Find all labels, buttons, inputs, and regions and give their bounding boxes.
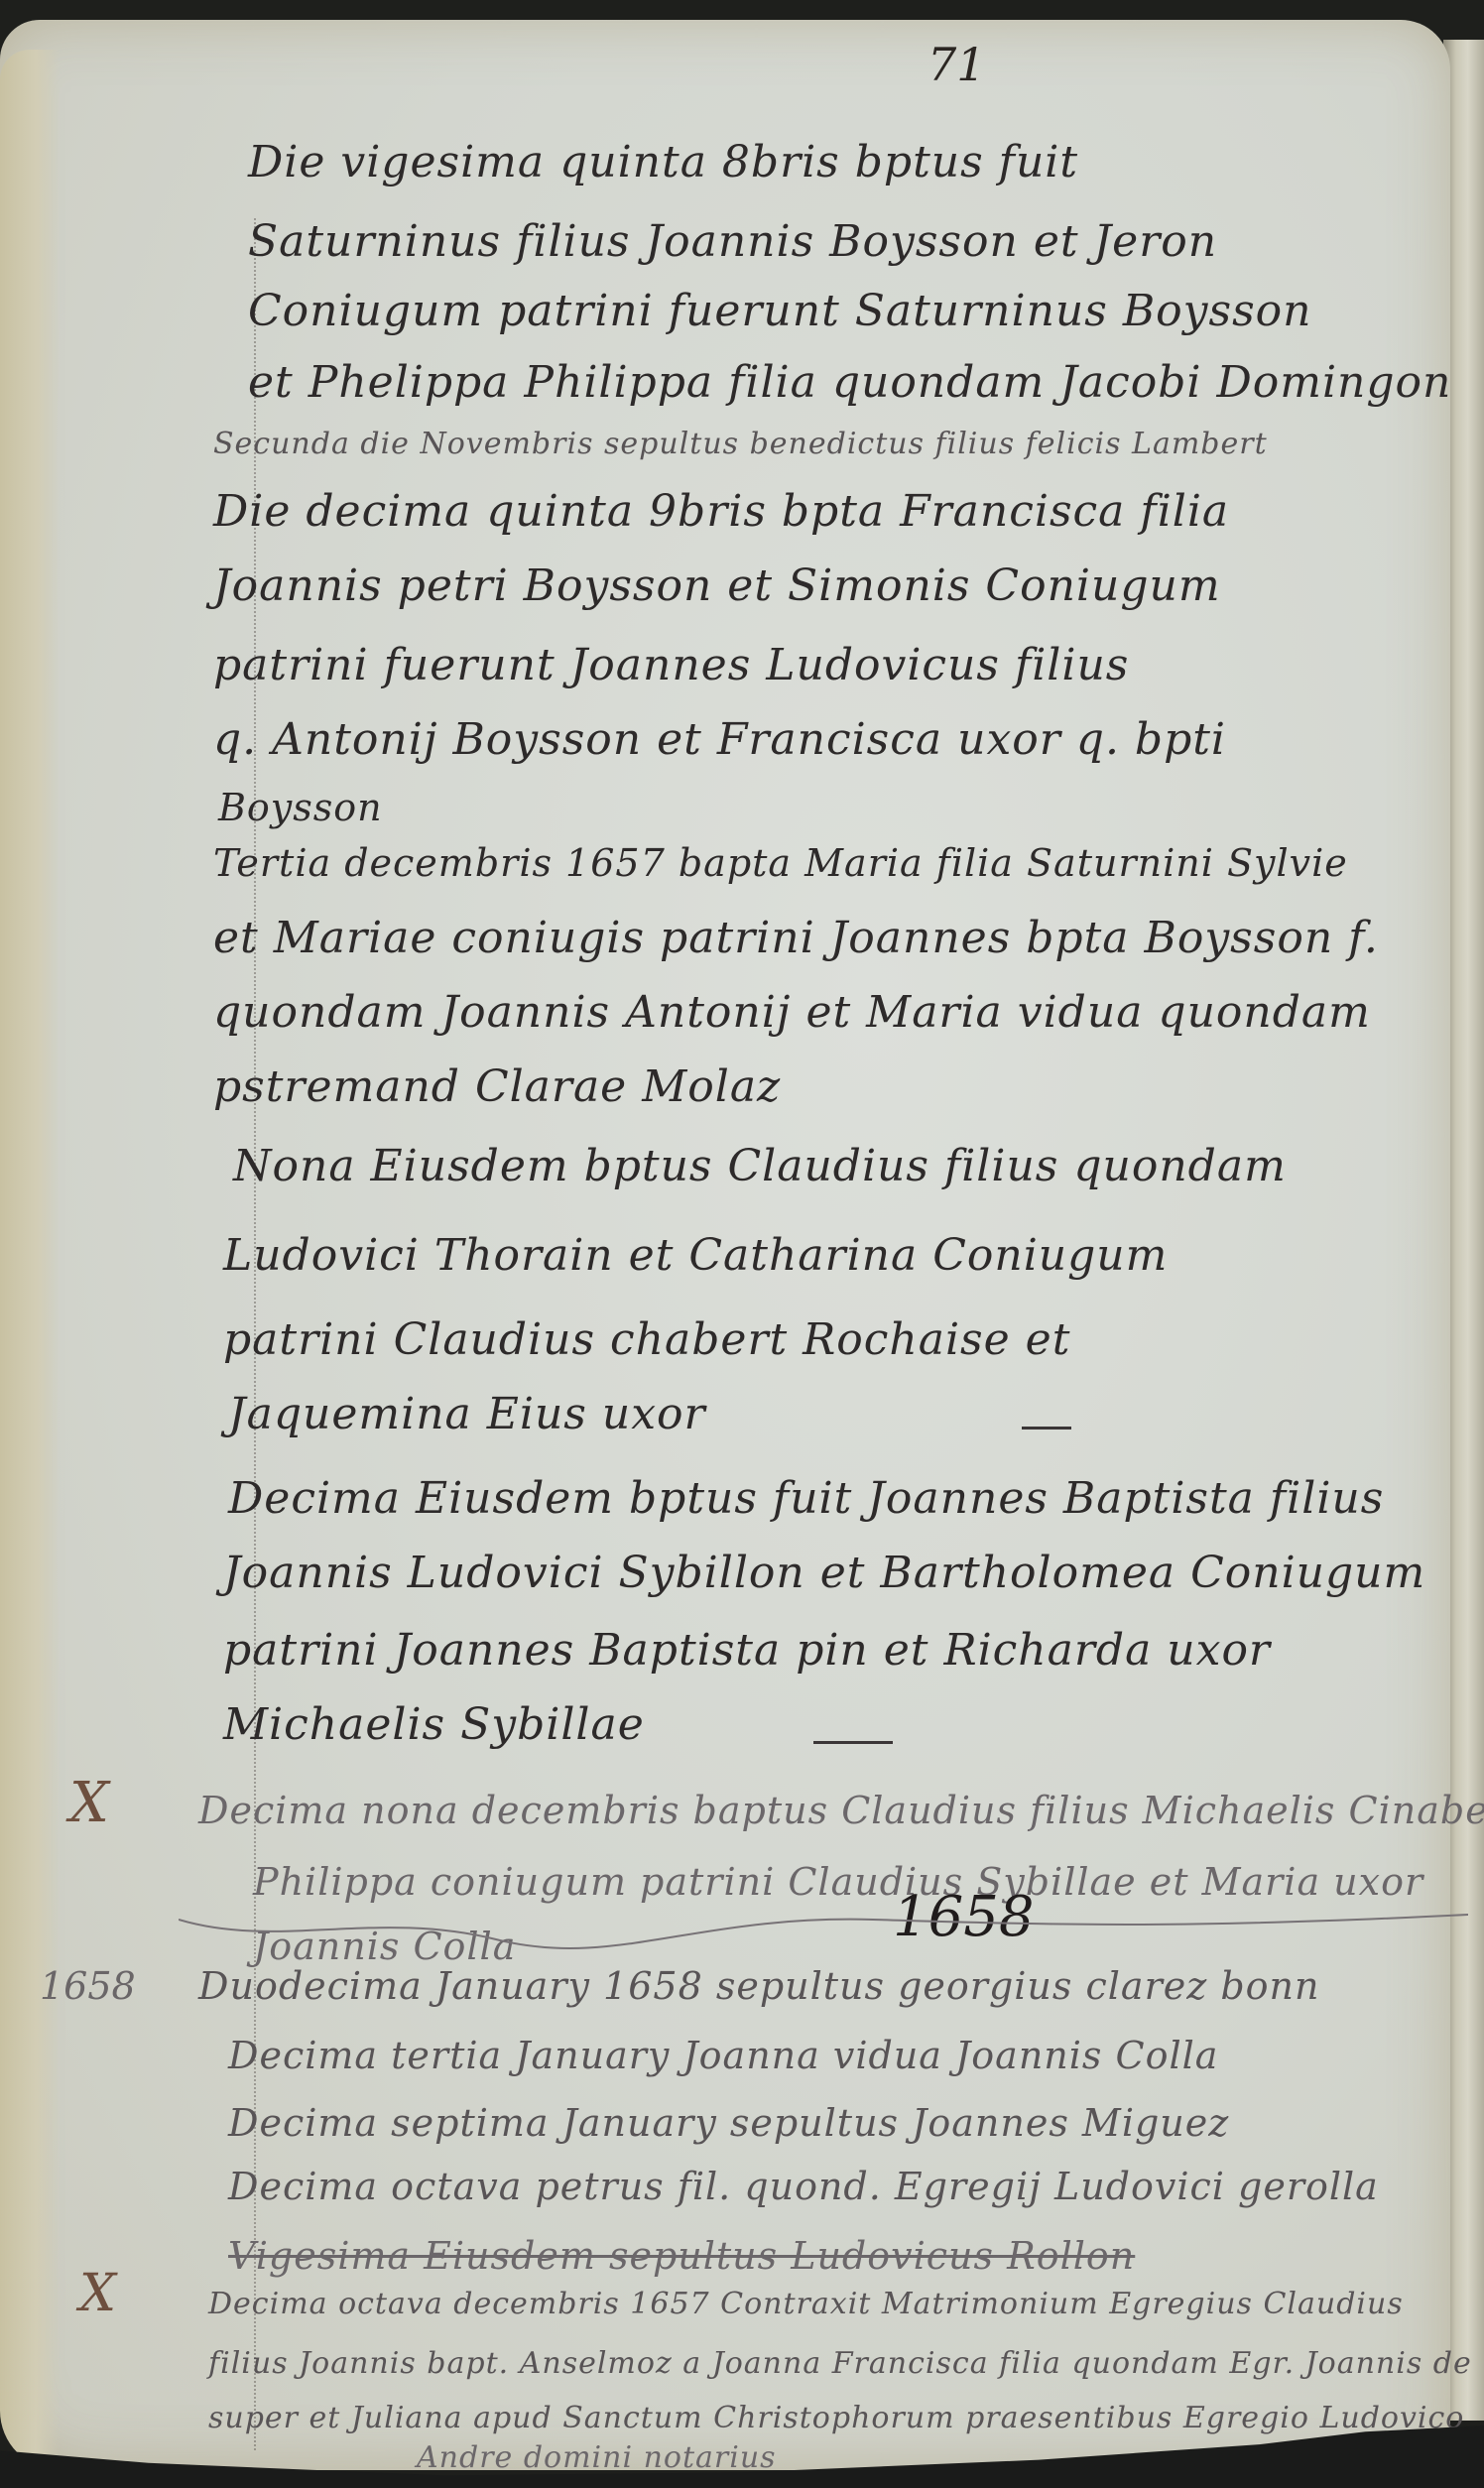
entry-3-line-3: patrini fuerunt Joannes Ludovicus filius (213, 640, 1129, 690)
entry-dash (1022, 1427, 1071, 1430)
entry-13-line-4: Andre domini notarius (417, 2440, 777, 2475)
entry-11-line-1: Decima octava petrus fil. quond. Egregij… (228, 2165, 1379, 2208)
entry-5-line-1: Nona Eiusdem bptus Claudius filius quond… (233, 1141, 1287, 1191)
entry-6-line-4: Michaelis Sybillae (223, 1699, 645, 1750)
entry-5-line-4: Jaquemina Eius uxor (228, 1389, 706, 1439)
entry-5-line-2: Ludovici Thorain et Catharina Coniugum (223, 1230, 1168, 1281)
page-edge (0, 50, 60, 2470)
entry-6-line-3: patrini Joannes Baptista pin et Richarda… (223, 1625, 1271, 1676)
entry-3-line-4: q. Antonij Boysson et Francisca uxor q. … (213, 714, 1226, 765)
wavy-divider-line (179, 1910, 1468, 1949)
entry-dash (813, 1741, 893, 1744)
entry-3-line-5: Boysson (218, 786, 383, 829)
margin-cross-mark: X (79, 2264, 116, 2323)
entry-1-line-3: Coniugum patrini fuerunt Saturninus Boys… (248, 286, 1312, 336)
entry-8-line-1: Duodecima January 1658 sepultus georgius… (198, 1964, 1319, 2008)
entry-6-line-1: Decima Eiusdem bptus fuit Joannes Baptis… (228, 1473, 1384, 1524)
entry-9-line-1: Decima tertia January Joanna vidua Joann… (228, 2034, 1218, 2077)
entry-7-line-1: Decima nona decembris baptus Claudius fi… (198, 1789, 1484, 1832)
entry-1-line-4: et Phelippa Philippa filia quondam Jacob… (248, 357, 1451, 408)
entry-7-line-2: Philippa coniugum patrini Claudius Sybil… (253, 1860, 1423, 1904)
entry-10-line-1: Decima septima January sepultus Joannes … (228, 2101, 1229, 2145)
entry-6-line-2: Joannis Ludovici Sybillon et Bartholomea… (223, 1548, 1425, 1598)
entry-3-line-2: Joannis petri Boysson et Simonis Coniugu… (213, 560, 1221, 611)
margin-year: 1658 (40, 1964, 136, 2008)
margin-cross-mark: X (69, 1771, 109, 1835)
entry-4-line-4: pstremand Clarae Molaz (213, 1061, 781, 1112)
entry-4-line-1: Tertia decembris 1657 bapta Maria filia … (213, 841, 1348, 885)
folio-number: 71 (927, 38, 986, 91)
entry-13-line-2: filius Joannis bapt. Anselmoz a Joanna F… (208, 2346, 1472, 2381)
entry-5-line-3: patrini Claudius chabert Rochaise et (223, 1314, 1070, 1365)
manuscript-page: 71 Die vigesima quinta 8bris bptus fuit … (0, 20, 1450, 2470)
entry-12-line-1: Vigesima Eiusdem sepultus Ludovicus Roll… (228, 2234, 1135, 2278)
entry-1-line-1: Die vigesima quinta 8bris bptus fuit (248, 137, 1078, 187)
entry-3-line-1: Die decima quinta 9bris bpta Francisca f… (213, 486, 1229, 537)
entry-2-line-1: Secunda die Novembris sepultus benedictu… (213, 427, 1268, 461)
entry-13-line-3: super et Juliana apud Sanctum Christopho… (208, 2401, 1464, 2435)
entry-4-line-3: quondam Joannis Antonij et Maria vidua q… (213, 987, 1371, 1038)
entry-4-line-2: et Mariae coniugis patrini Joannes bpta … (213, 913, 1379, 963)
entry-13-line-1: Decima octava decembris 1657 Contraxit M… (208, 2287, 1404, 2321)
entry-1-line-2: Saturninus filius Joannis Boysson et Jer… (248, 216, 1217, 267)
